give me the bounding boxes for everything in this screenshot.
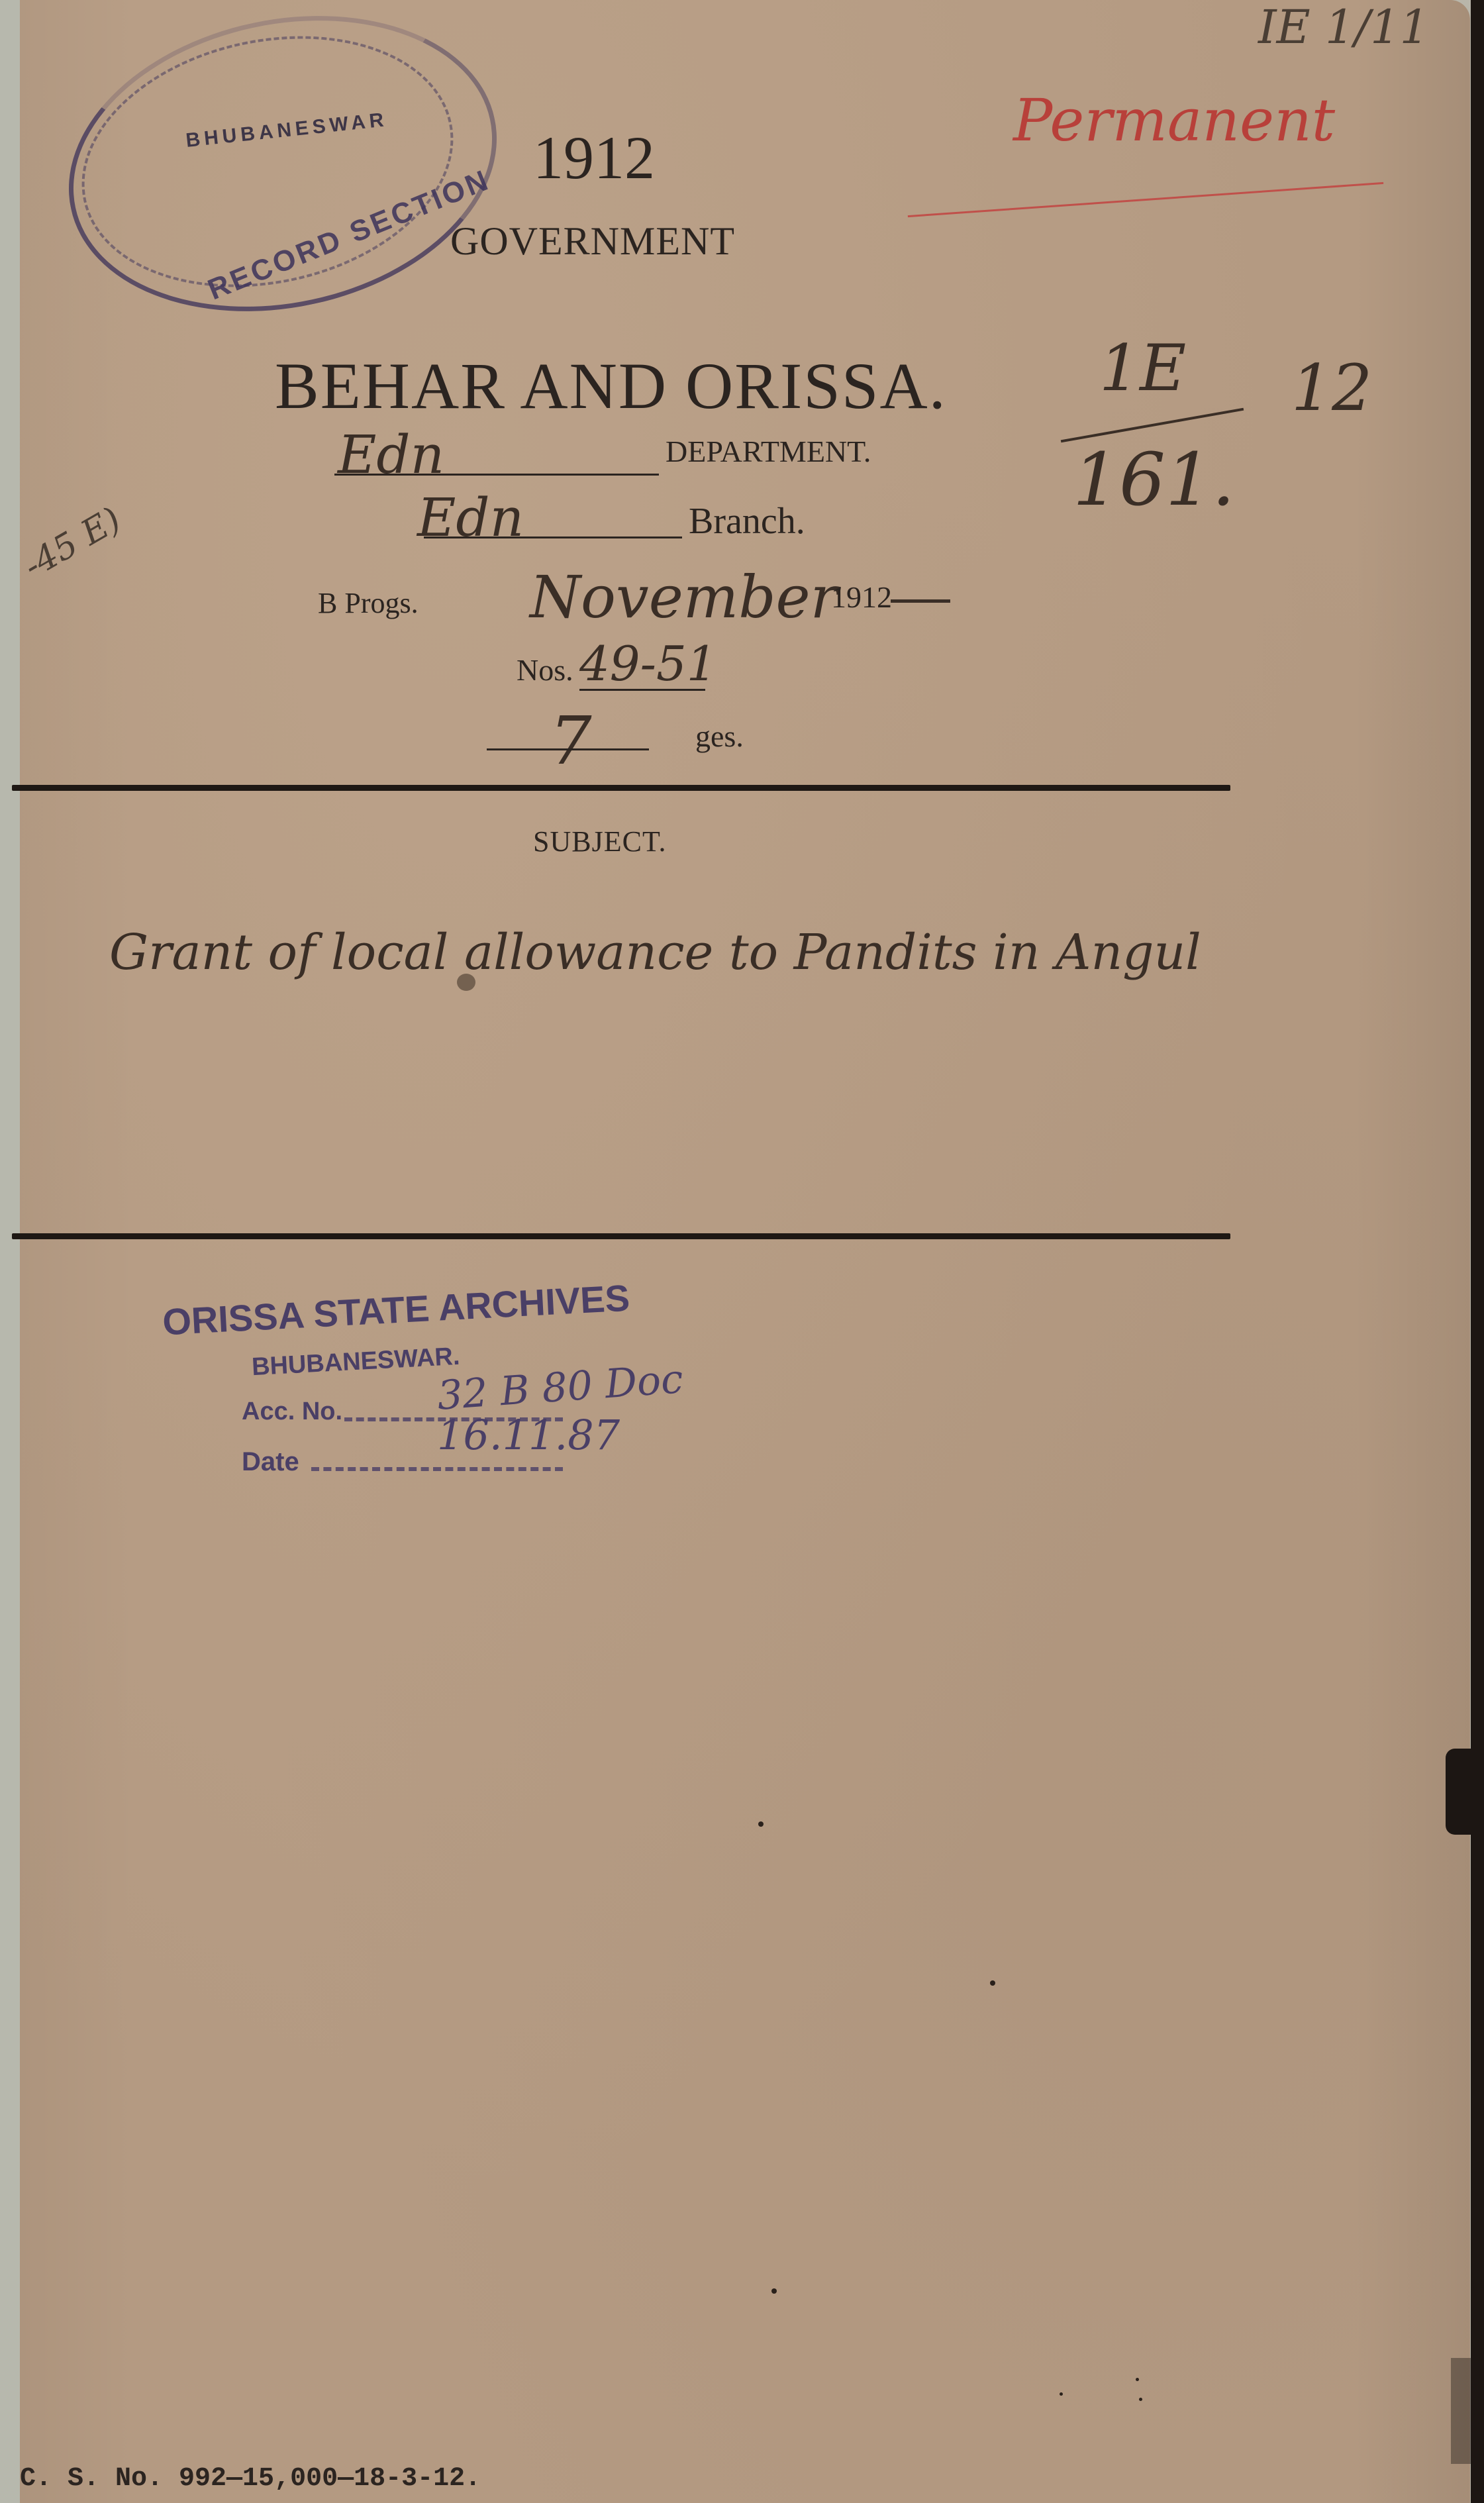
- ink-blot: [457, 974, 475, 991]
- file-ref-bottom: 161.: [1073, 437, 1235, 522]
- proceedings-label: B Progs.: [318, 586, 419, 620]
- government-label: GOVERNMENT: [450, 219, 735, 264]
- file-ref-top: 1E: [1099, 331, 1186, 405]
- archive-date-label: Date: [242, 1447, 299, 1477]
- department-label: DEPARTMENT.: [666, 434, 871, 469]
- archive-date-value: 16.11.87: [437, 1411, 620, 1459]
- paper-speck: [771, 2288, 777, 2294]
- top-right-code: IE 1/11: [1258, 0, 1429, 54]
- archive-date-dotted-line: [311, 1467, 563, 1471]
- pages-underline: [487, 748, 649, 750]
- paper-speck: [1136, 2378, 1139, 2381]
- branch-label: Branch.: [689, 500, 805, 542]
- subject-label: SUBJECT.: [533, 825, 667, 858]
- proceedings-year: 1912: [831, 580, 892, 615]
- subject-text: Grant of local allowance to Pandits in A…: [109, 924, 1201, 981]
- proceedings-month: November: [530, 563, 838, 631]
- permanent-red-note: Permanent: [1013, 86, 1335, 154]
- archive-acc-label: Acc. No.: [242, 1398, 342, 1426]
- page-title: BEHAR AND ORISSA.: [275, 348, 947, 424]
- print-footer: C. S. No. 992—15,000—18-3-12.: [20, 2464, 481, 2494]
- branch-value: Edn: [417, 487, 524, 548]
- paper-speck: [1139, 2398, 1142, 2401]
- subject-bottom-rule: [12, 1233, 1230, 1239]
- scanner-margin-right: [1471, 0, 1484, 2503]
- numbers-value: 49-51: [579, 636, 717, 691]
- subject-top-rule: [12, 785, 1230, 791]
- paper-speck: [758, 1821, 764, 1827]
- numbers-label: Nos.: [517, 652, 573, 688]
- paper-speck: [1060, 2392, 1063, 2396]
- scanner-margin-left: [0, 0, 23, 2503]
- department-value: Edn: [338, 424, 444, 485]
- paper-shadow: [1451, 2358, 1471, 2464]
- paper-speck: [990, 1980, 995, 1986]
- file-year: 1912: [533, 123, 655, 193]
- department-underline: [334, 474, 659, 476]
- paper-tear: [1446, 1749, 1471, 1835]
- file-ref-year: 12: [1291, 351, 1372, 425]
- pages-value: 7: [550, 702, 592, 780]
- branch-underline: [424, 536, 682, 538]
- numbers-underline: [579, 689, 705, 691]
- proceedings-year-flourish: [891, 599, 950, 603]
- pages-label: ges.: [695, 719, 744, 754]
